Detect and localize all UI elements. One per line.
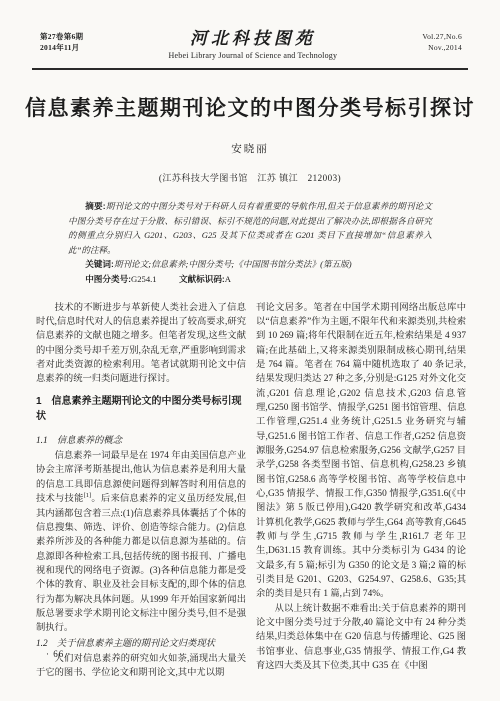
author-affiliation: (江苏科技大学图书馆 江苏 镇江 212003)	[0, 171, 500, 184]
keywords-label: 关键词:	[85, 259, 114, 269]
abstract-label: 摘要:	[85, 201, 105, 211]
front-matter: 摘要:期刊论文的中图分类号对于科研人员有着重要的导航作用,但关于信息素养的期刊论…	[68, 199, 432, 287]
section-1-1-heading: 1.1 信息素养的概念	[36, 434, 246, 449]
issue-date-cn: 2014年11月	[40, 42, 83, 53]
doc-code-value: A	[225, 274, 231, 284]
journal-name-cn: 河北科技图苑	[83, 24, 422, 49]
keywords-text: 期刊论文;信息素养;中图分类号;《中国图书馆分类法》(第五版)	[114, 259, 352, 269]
article-title: 信息素养主题期刊论文的中图分类号标引探讨	[0, 92, 500, 122]
intro-paragraph: 技术的不断进步与革新使人类社会进入了信息时代,信息时代对人的信息素养提出了较高要…	[36, 301, 246, 387]
right-paragraph-2: 从以上统计数据不难看出:关于信息素养的期刊论文中图分类号过于分散,40 篇论文中…	[256, 602, 466, 674]
right-paragraph-1: 刊论文居多。笔者在中国学术期刊网络出版总库中以“信息素养”作为主题,不限年代和来…	[256, 301, 466, 602]
page-number: · 66 ·	[46, 649, 72, 659]
journal-name-block: 河北科技图苑 Hebei Library Journal of Science …	[83, 24, 422, 60]
issue-date-en: Nov.,2014	[422, 42, 462, 53]
issue-info-cn: 第27卷第6期 2014年11月	[40, 31, 83, 53]
clc-label: 中图分类号:	[85, 274, 131, 284]
journal-page: 第27卷第6期 2014年11月 河北科技图苑 Hebei Library Jo…	[0, 0, 500, 701]
classification-line: 中图分类号:G254.1文献标识码:A	[68, 272, 432, 287]
journal-header: 第27卷第6期 2014年11月 河北科技图苑 Hebei Library Jo…	[0, 0, 500, 64]
issue-volume-cn: 第27卷第6期	[40, 31, 83, 42]
keywords: 关键词:期刊论文;信息素养;中图分类号;《中国图书馆分类法》(第五版)	[68, 257, 432, 272]
doc-code-label: 文献标识码:	[179, 274, 225, 284]
clc-value: G254.1	[131, 274, 157, 284]
section-1-1-paragraph: 信息素养一词最早是在 1974 年由美国信息产业协会主席泽考斯基提出,他认为信息…	[36, 449, 246, 635]
issue-volume-en: Vol.27,No.6	[422, 31, 462, 42]
section-1-1-text-post: 。后来信息素养的定义虽历经发展,但其内涵都包含着三点:(1)信息素养具体囊括了个…	[36, 494, 246, 633]
header-divider	[32, 68, 468, 70]
left-column: 技术的不断进步与革新使人类社会进入了信息时代,信息时代对人的信息素养提出了较高要…	[36, 301, 246, 681]
abstract-text: 期刊论文的中图分类号对于科研人员有着重要的导航作用,但关于信息素养的期刊论文中图…	[68, 201, 432, 255]
right-column: 刊论文居多。笔者在中国学术期刊网络出版总库中以“信息素养”作为主题,不限年代和来…	[256, 301, 466, 681]
body-columns: 技术的不断进步与革新使人类社会进入了信息时代,信息时代对人的信息素养提出了较高要…	[36, 301, 466, 681]
section-1-heading: 1 信息素养主题期刊论文的中图分类号标引现状	[36, 394, 246, 425]
abstract: 摘要:期刊论文的中图分类号对于科研人员有着重要的导航作用,但关于信息素养的期刊论…	[68, 199, 432, 257]
author-name: 安晓丽	[0, 141, 500, 156]
issue-info-en: Vol.27,No.6 Nov.,2014	[422, 31, 462, 53]
journal-name-en: Hebei Library Journal of Science and Tec…	[83, 51, 422, 60]
